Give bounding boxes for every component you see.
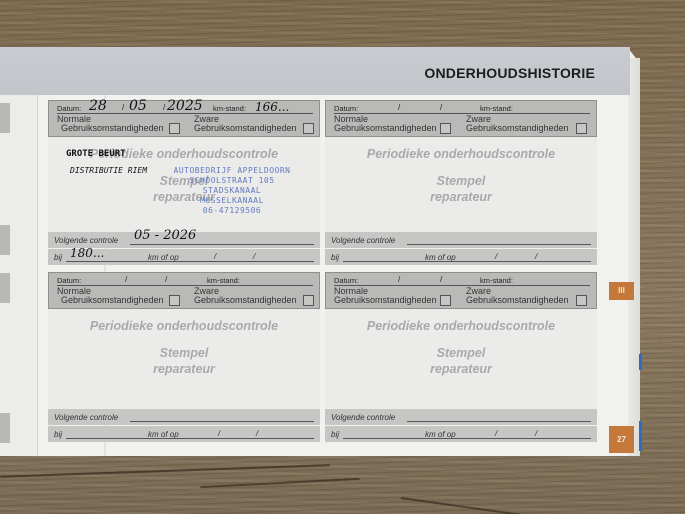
previous-page-strip	[0, 95, 38, 456]
stamp-area: Periodieke onderhoudscontrole Stempel re…	[48, 309, 320, 409]
page-stack-edge	[628, 58, 640, 456]
zware-checkbox[interactable]	[576, 295, 587, 306]
next-km-value[interactable]: 180...	[70, 246, 104, 260]
entry-header: Datum: / / km-stand: Normale Gebruiksoms…	[48, 272, 320, 309]
next-control-row: Volgende controle	[48, 409, 320, 425]
normale-label: Normale Gebruiksomstandigheden	[57, 115, 164, 133]
next-km-row: bij km of op / /	[325, 249, 597, 265]
wood-grain	[400, 497, 529, 514]
normale-checkbox[interactable]	[440, 123, 451, 134]
blue-index-tab[interactable]	[639, 354, 642, 370]
garage-stamp: AUTOBEDRIJF APPELDOORN SCHOOLSTRAAT 105 …	[172, 166, 292, 216]
stamp-area: Periodieke onderhoudscontrole Stempel re…	[325, 309, 597, 409]
page-number: 27	[609, 426, 634, 453]
zware-checkbox[interactable]	[303, 123, 314, 134]
entry-footer: Volgende controle bij km of op / /	[325, 409, 597, 442]
date-month[interactable]: 05	[129, 98, 147, 114]
zware-checkbox[interactable]	[303, 295, 314, 306]
normale-label: Normale Gebruiksomstandigheden	[57, 287, 164, 305]
normale-checkbox[interactable]	[169, 123, 180, 134]
date-day[interactable]: 28	[89, 98, 107, 114]
entry-header: Datum: / / km-stand: Normale Gebruiksoms…	[325, 100, 597, 137]
date-km-row: Datum: / / km-stand:	[334, 103, 590, 114]
zware-label: Zware Gebruiksomstandigheden	[466, 115, 569, 133]
entry-header: Datum: / / km-stand: Normale Gebruiksoms…	[325, 272, 597, 309]
date-km-row: Datum: / / km-stand:	[334, 275, 590, 286]
handwritten-note-2: DISTRIBUTIE RIEM	[70, 166, 147, 175]
zware-checkbox[interactable]	[576, 123, 587, 134]
maintenance-entry-4: Datum: / / km-stand: Normale Gebruiksoms…	[325, 272, 597, 442]
next-km-row: bij 180... km of op / /	[48, 249, 320, 265]
next-control-row: Volgende controle	[325, 232, 597, 248]
normale-checkbox[interactable]	[440, 295, 451, 306]
wood-grain	[0, 464, 330, 478]
page-title: ONDERHOUDSHISTORIE	[424, 65, 595, 81]
normale-label: Normale Gebruiksomstandigheden	[334, 287, 437, 305]
date-year[interactable]: 2025	[167, 98, 203, 114]
km-stand-value[interactable]: 166...	[255, 100, 289, 114]
maintenance-entry-2: Datum: / / km-stand: Normale Gebruiksoms…	[325, 100, 597, 265]
entry-footer: Volgende controle bij km of op / /	[48, 409, 320, 442]
wood-grain	[200, 478, 360, 488]
next-km-row: bij km of op / /	[48, 426, 320, 442]
normale-label: Normale Gebruiksomstandigheden	[334, 115, 437, 133]
km-stand-label: km-stand:	[213, 104, 246, 113]
zware-label: Zware Gebruiksomstandigheden	[466, 287, 569, 305]
handwritten-note-1: GROTE BEURT	[66, 149, 126, 159]
date-km-row: Datum: 28 / 05 / 2025 km-stand: 166...	[57, 103, 313, 114]
normale-checkbox[interactable]	[169, 295, 180, 306]
maintenance-entry-3: Datum: / / km-stand: Normale Gebruiksoms…	[48, 272, 320, 442]
next-control-value[interactable]: 05 - 2026	[134, 228, 196, 243]
section-tab[interactable]: III	[609, 282, 634, 300]
date-km-row: Datum: / / km-stand:	[57, 275, 313, 286]
blue-index-tab[interactable]	[639, 421, 642, 451]
stamp-area: Periodieke onderhoudscontrole Stempel re…	[325, 137, 597, 232]
next-control-row: Volgende controle	[325, 409, 597, 425]
entry-footer: Volgende controle bij km of op / /	[325, 232, 597, 265]
zware-label: Zware Gebruiksomstandigheden	[194, 115, 297, 133]
entry-footer: Volgende controle 05 - 2026 bij 180... k…	[48, 232, 320, 265]
next-km-row: bij km of op / /	[325, 426, 597, 442]
date-label: Datum:	[57, 104, 81, 113]
entry-header: Datum: 28 / 05 / 2025 km-stand: 166... N…	[48, 100, 320, 137]
zware-label: Zware Gebruiksomstandigheden	[194, 287, 297, 305]
